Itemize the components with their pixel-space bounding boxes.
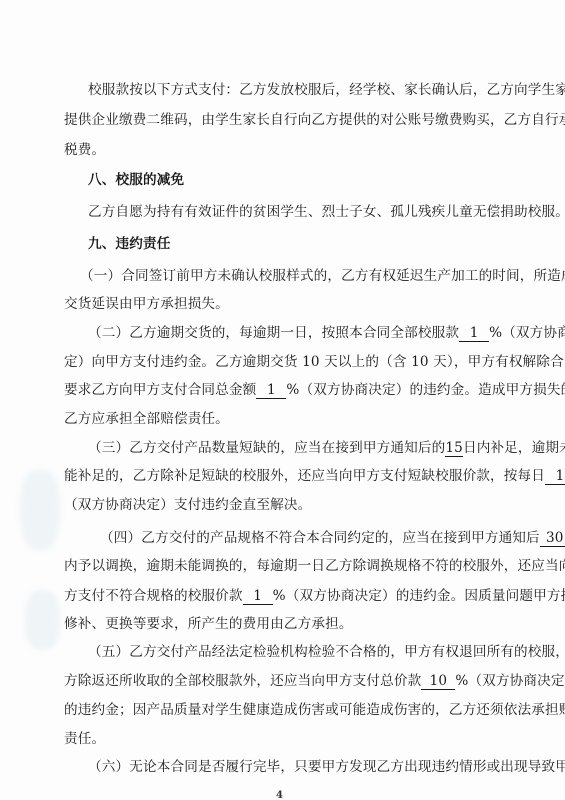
item-5-line-4: 责任。 [64, 730, 500, 748]
item-3-blank-days: 15 [445, 441, 463, 457]
item-3-text-c: 能补足的，乙方除补足短缺的校服外，还应当向甲方支付短缺校服价款，按每日 [64, 468, 545, 484]
item-3-text-b: 日内补足，逾期未 [463, 440, 565, 456]
item-5-line-1: （五）乙方交付产品经法定检验机构检验不合格的，甲方有权退回所有的校服，乙 [88, 643, 500, 661]
page-number: 4 [276, 790, 283, 800]
section-8-heading: 八、校服的减免 [88, 171, 524, 189]
section-9-heading: 九、违约责任 [88, 235, 524, 253]
item-4-text-d: %（双方协商决定）的违约金。因质量问题甲方提出 [273, 588, 565, 604]
item-4-line-4: 修补、更换等要求，所产生的费用由乙方承担。 [64, 615, 500, 633]
payment-line-2: 提供企业缴费二维码，由学生家长自行向乙方提供的对公账号缴费购买，乙方自行承担 [64, 111, 500, 129]
item-3-text-a: （三）乙方交付产品数量短缺的，应当在接到甲方通知后的 [88, 440, 445, 456]
document-page: 校服款按以下方式支付：乙方发放校服后，经学校、家长确认后，乙方向学生家长 提供企… [0, 0, 565, 800]
payment-line-1: 校服款按以下方式支付：乙方发放校服后，经学校、家长确认后，乙方向学生家长 [88, 81, 500, 99]
item-2-line-3: 要求乙方向甲方支付合同总金额1%（双方协商决定）的违约金。造成甲方损失的， [64, 381, 500, 399]
item-1-line-1: （一）合同签订前甲方未确认校服样式的，乙方有权延迟生产加工的时间，所造成 [80, 267, 492, 285]
item-5-line-3: 的违约金；因产品质量对学生健康造成伤害或可能造成伤害的，乙方还须依法承担赔偿 [64, 701, 500, 719]
item-4-line-3: 方支付不符合规格的校服价款1%（双方协商决定）的违约金。因质量问题甲方提出 [64, 587, 500, 605]
item-2-line-4: 乙方应承担全部赔偿责任。 [64, 410, 500, 428]
item-5-text-a: 方除返还所收取的全部校服款外，还应当向甲方支付总价款 [64, 673, 421, 689]
item-3-line-3: （双方协商决定）支付违约金直至解决。 [64, 496, 500, 514]
item-6-line-1: （六）无论本合同是否履行完毕，只要甲方发现乙方出现违约情形或出现导致甲方、 [88, 758, 500, 776]
section-8-text: 乙方自愿为持有有效证件的贫困学生、烈士子女、孤儿残疾儿童无偿捐助校服。 [88, 203, 500, 221]
item-4-line-1: （四）乙方交付的产品规格不符合本合同约定的，应当在接到甲方通知后30日 [100, 529, 500, 547]
item-2-blank-daily-rate: 1 [459, 326, 489, 342]
item-4-text-a: （四）乙方交付的产品规格不符合本合同约定的，应当在接到甲方通知后 [100, 530, 540, 546]
item-2-text-c: 要求乙方向甲方支付合同总金额 [64, 382, 256, 398]
scan-smudge [25, 590, 60, 650]
item-2-text-d: %（双方协商决定）的违约金。造成甲方损失的， [286, 382, 565, 398]
item-3-line-2: 能补足的，乙方除补足短缺的校服外，还应当向甲方支付短缺校服价款，按每日1% [64, 467, 500, 485]
item-4-line-2: 内予以调换，逾期未能调换的，每逾期一日乙方除调换规格不符的校服外，还应当向甲 [64, 557, 500, 575]
item-4-blank-rate: 1 [243, 589, 273, 605]
item-2-line-2: 定）向甲方支付违约金。乙方逾期交货 10 天以上的（含 10 天），甲方有权解除… [64, 353, 500, 371]
item-3-blank-rate: 1 [545, 469, 565, 485]
item-2-blank-total-rate: 1 [256, 383, 286, 399]
scan-smudge [20, 470, 60, 550]
item-5-line-2: 方除返还所收取的全部校服款外，还应当向甲方支付总价款10%（双方协商决定） [64, 672, 500, 690]
item-2-text-a: （二）乙方逾期交货的，每逾期一日，按照本合同全部校服款 [88, 325, 459, 341]
item-3-line-1: （三）乙方交付产品数量短缺的，应当在接到甲方通知后的15日内补足，逾期未 [88, 439, 500, 457]
item-2-text-b: %（双方协商决 [489, 325, 565, 341]
item-4-text-c: 方支付不符合规格的校服价款 [64, 588, 243, 604]
item-5-text-b: %（双方协商决定） [455, 673, 565, 689]
item-1-line-2: 交货延误由甲方承担损失。 [64, 295, 500, 313]
payment-line-3: 税费。 [64, 141, 500, 159]
item-5-blank-rate: 10 [421, 674, 455, 690]
item-2-line-1: （二）乙方逾期交货的，每逾期一日，按照本合同全部校服款1%（双方协商决 [88, 324, 500, 342]
item-4-blank-days: 30 [540, 531, 565, 547]
